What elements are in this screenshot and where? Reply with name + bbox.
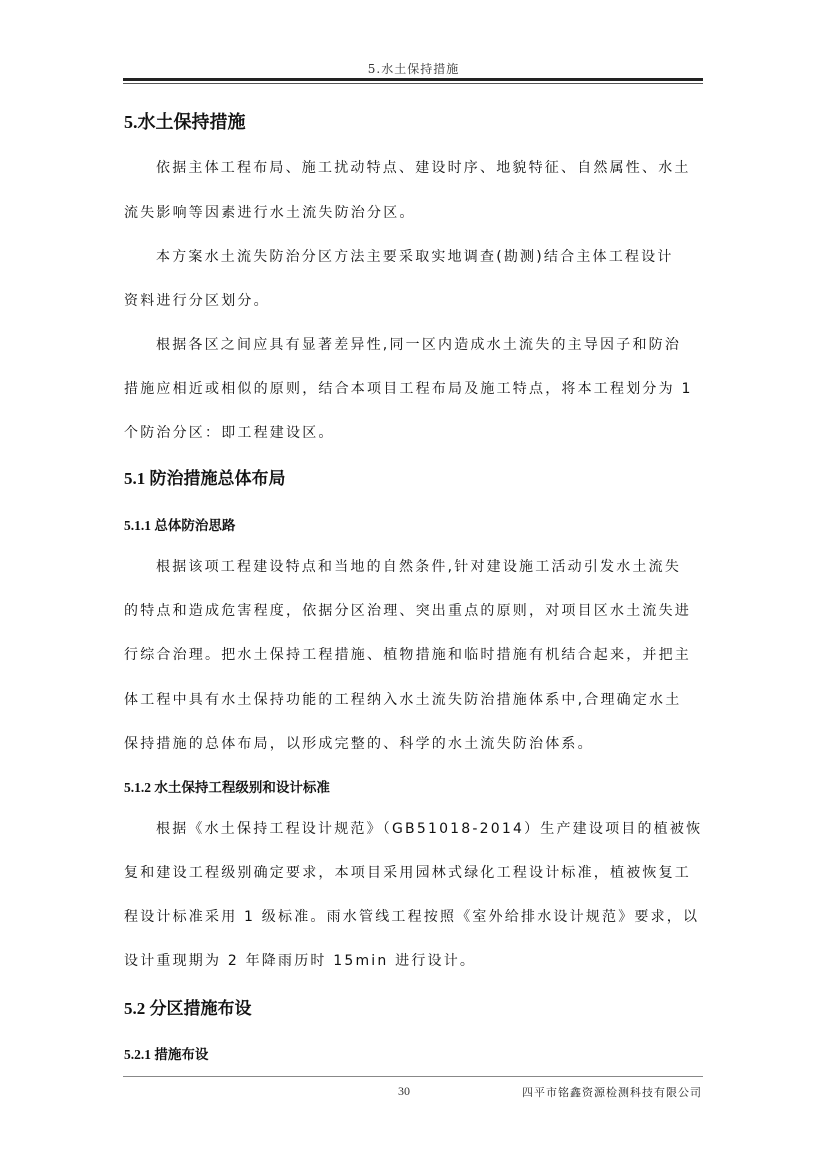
section-title-5-1: 5.1 防治措施总体布局 <box>124 464 286 489</box>
paragraph-line: 依据主体工程布局、施工扰动特点、建设时序、地貌特征、自然属性、水土 <box>156 157 702 177</box>
header-rule-thick <box>123 78 703 81</box>
paragraph-line: 保持措施的总体布局，以形成完整的、科学的水土流失防治体系。 <box>124 733 702 753</box>
paragraph-line: 本方案水土流失防治分区方法主要采取实地调查(勘测)结合主体工程设计 <box>156 246 702 266</box>
paragraph-line: 资料进行分区划分。 <box>124 290 702 310</box>
paragraph-line: 设计重现期为 2 年降雨历时 15min 进行设计。 <box>124 950 702 970</box>
paragraph-line: 程设计标准采用 1 级标准。雨水管线工程按照《室外给排水设计规范》要求，以 <box>124 906 702 926</box>
section-title-5-2: 5.2 分区措施布设 <box>124 994 252 1019</box>
header-rule-thin <box>123 83 703 84</box>
subsection-title-5-1-1: 5.1.1 总体防治思路 <box>124 514 235 534</box>
paragraph-line: 个防治分区：即工程建设区。 <box>124 422 702 442</box>
document-page: 5.水土保持措施 5.水土保持措施 依据主体工程布局、施工扰动特点、建设时序、地… <box>0 0 827 1169</box>
footer-rule <box>123 1076 703 1077</box>
subsection-title-5-1-2: 5.1.2 水土保持工程级别和设计标准 <box>124 776 330 796</box>
footer-company: 四平市铭鑫资源检测科技有限公司 <box>470 1084 702 1100</box>
paragraph-line: 根据《水土保持工程设计规范》（GB51018-2014）生产建设项目的植被恢 <box>156 818 702 838</box>
running-header: 5.水土保持措施 <box>0 60 827 77</box>
paragraph-line: 根据该项工程建设特点和当地的自然条件,针对建设施工活动引发水土流失 <box>156 556 702 576</box>
paragraph-line: 体工程中具有水土保持功能的工程纳入水土流失防治措施体系中,合理确定水土 <box>124 689 702 709</box>
paragraph-line: 复和建设工程级别确定要求，本项目采用园林式绿化工程设计标准，植被恢复工 <box>124 862 702 882</box>
paragraph-line: 根据各区之间应具有显著差异性,同一区内造成水土流失的主导因子和防治 <box>156 334 702 354</box>
paragraph-line: 流失影响等因素进行水土流失防治分区。 <box>124 202 702 222</box>
page-number: 30 <box>398 1084 410 1099</box>
paragraph-line: 的特点和造成危害程度，依据分区治理、突出重点的原则，对项目区水土流失进 <box>124 600 702 620</box>
paragraph-line: 措施应相近或相似的原则，结合本项目工程布局及施工特点，将本工程划分为 1 <box>124 378 702 398</box>
paragraph-line: 行综合治理。把水土保持工程措施、植物措施和临时措施有机结合起来，并把主 <box>124 644 702 664</box>
chapter-title: 5.水土保持措施 <box>124 108 246 134</box>
subsection-title-5-2-1: 5.2.1 措施布设 <box>124 1043 208 1063</box>
